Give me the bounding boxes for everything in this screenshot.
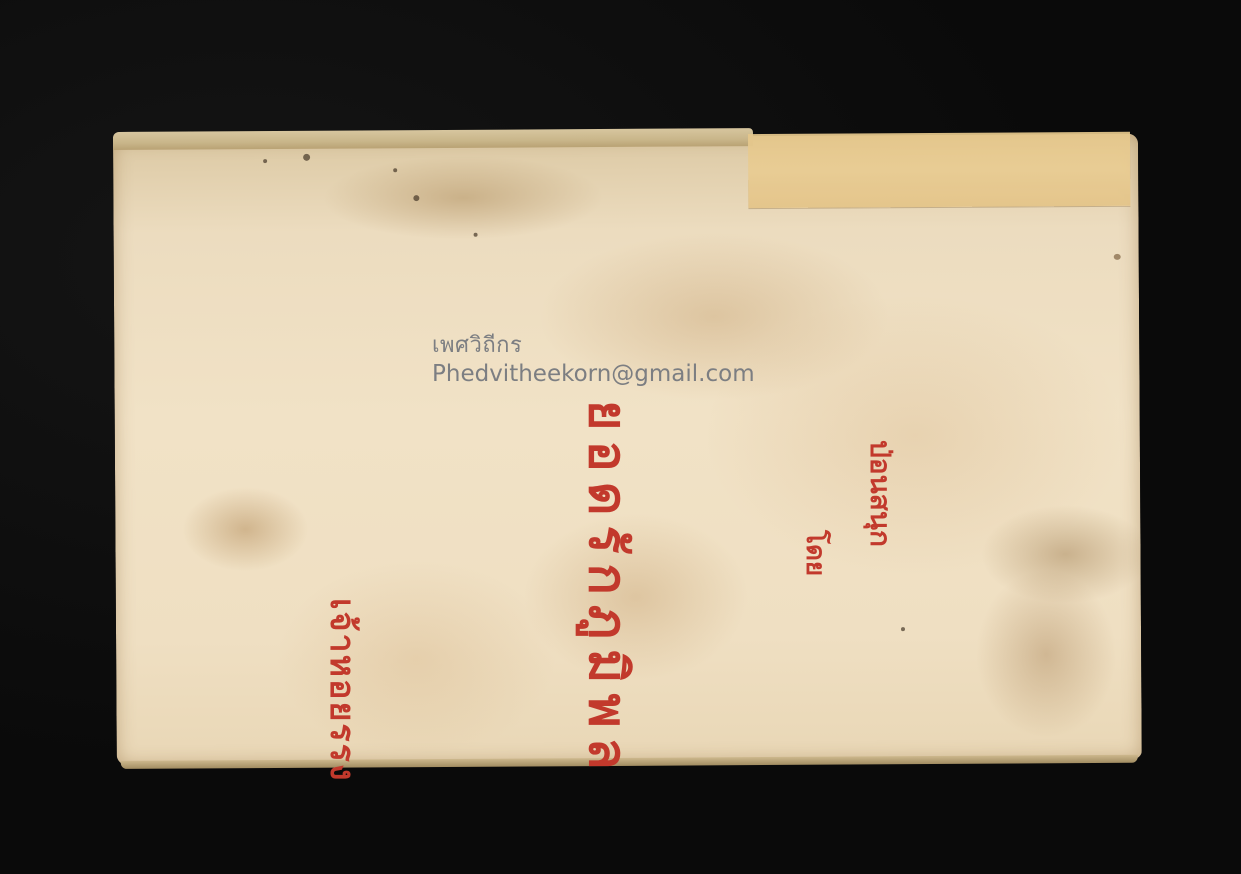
watermark: เพศวิถีกร Phedvitheekorn@gmail.com <box>432 332 755 388</box>
stain-spot <box>901 627 905 631</box>
stain-spot <box>303 154 310 161</box>
stain-spot <box>263 159 267 163</box>
cover-author: ป่อนสนุก <box>858 440 902 547</box>
cover-by-label: โดย <box>795 530 836 576</box>
watermark-name: เพศวิถีกร <box>432 332 755 360</box>
watermark-email: Phedvitheekorn@gmail.com <box>432 360 755 389</box>
book-top-edge <box>113 128 753 150</box>
tape-strip <box>748 132 1130 208</box>
stain-spot <box>474 233 478 237</box>
stain-spot <box>393 168 397 172</box>
stain-spot <box>413 195 419 201</box>
stain-spot <box>1114 254 1121 260</box>
cover-title: ยอดรักภูมิพล <box>567 400 650 780</box>
cover-subtitle: เจ้าหอยรรง <box>316 598 370 783</box>
